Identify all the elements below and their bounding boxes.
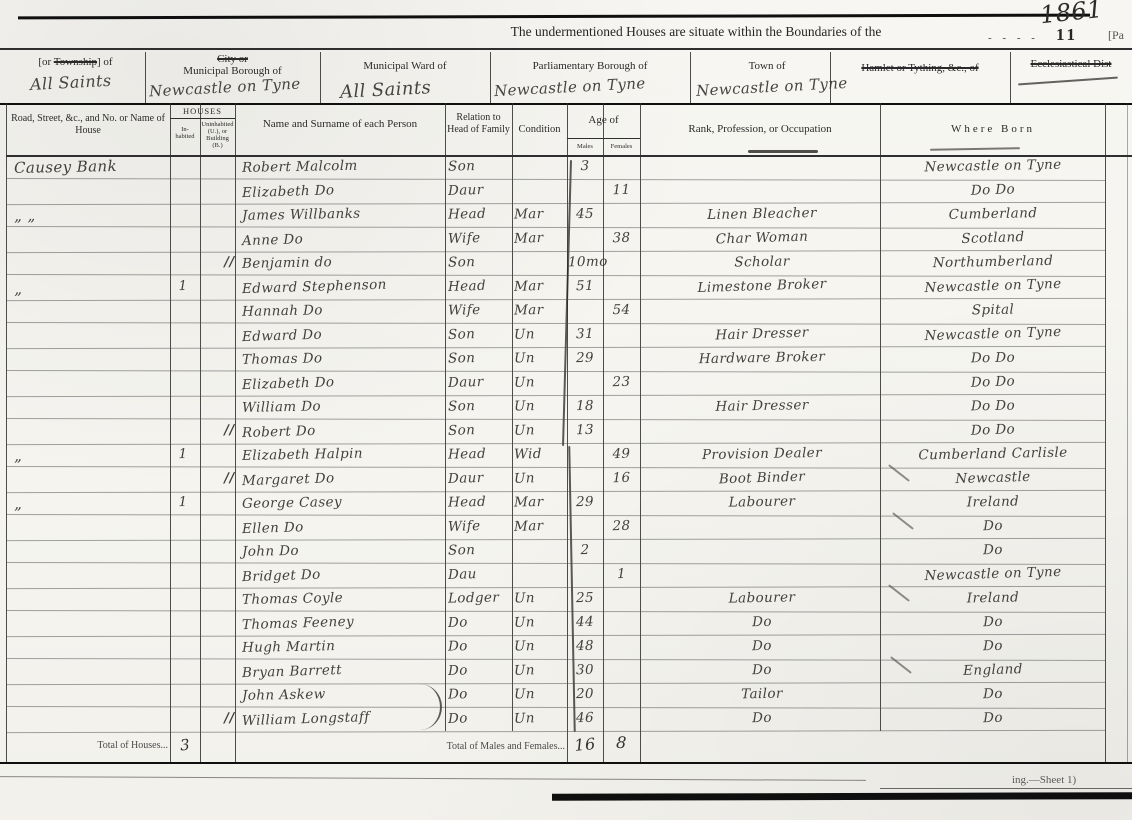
- header-condition: Condition: [512, 124, 567, 135]
- district-parliamentary-value: Newcastle on Tyne: [494, 72, 689, 100]
- cell-condition: Un: [514, 395, 566, 419]
- cell-condition: Mar: [514, 203, 566, 227]
- district-parliamentary: Parliamentary Borough of Newcastle on Ty…: [492, 60, 688, 95]
- census-sheet-scan: The undermentioned Houses are situate wi…: [0, 0, 1132, 820]
- header-age: Age of: [567, 114, 640, 126]
- cell-relation: Head: [448, 442, 510, 466]
- table-row: John Askew Do Un 20 Tailor Do: [0, 683, 1132, 707]
- table-row: „ „ James Willbanks Head Mar 45 Linen Bl…: [0, 203, 1132, 227]
- top-rule: [18, 14, 1090, 20]
- cell-relation: Son: [448, 538, 510, 562]
- cell-relation: Do: [448, 610, 511, 635]
- table-row: Anne Do Wife Mar 38 Char Woman Scotland: [0, 227, 1132, 251]
- total-males-value: 16: [566, 733, 604, 755]
- cell-age-female: 11: [604, 178, 640, 202]
- table-row: // Margaret Do Daur Un 16 Boot Binder Ne…: [0, 467, 1132, 491]
- table-row: „ 1 Elizabeth Halpin Head Wid 49 Provisi…: [0, 443, 1132, 467]
- header-females: Females: [603, 143, 640, 150]
- cell-address: Causey Bank: [14, 153, 214, 180]
- cell-age-male: 45: [568, 203, 602, 227]
- cell-age-female: [604, 155, 639, 156]
- table-row: Thomas Coyle Lodger Un 25 Labourer Irela…: [0, 587, 1132, 611]
- folio-number: 11: [1056, 25, 1078, 45]
- cell-relation: Do: [448, 658, 511, 683]
- cell-relation: Daur: [448, 178, 511, 203]
- cell-age-female: 49: [604, 443, 639, 467]
- total-mf-label: Total of Males and Females...: [360, 741, 565, 752]
- cell-name: William Longstaff: [242, 704, 443, 733]
- cell-occupation: [648, 153, 876, 157]
- table-row: John Do Son 2 Do: [0, 539, 1132, 563]
- cell-condition: Wid: [514, 443, 566, 467]
- table-row: Bridget Do Dau 1 Newcastle on Tyne: [0, 563, 1132, 587]
- sheet-note: ing.—Sheet 1): [1012, 774, 1076, 786]
- cell-age-male: 51: [568, 274, 603, 298]
- district-parish-value: All Saints: [30, 69, 146, 94]
- cell-relation: Son: [448, 418, 511, 443]
- cell-condition: Mar: [514, 514, 567, 539]
- header-name: Name and Surname of each Person: [245, 117, 435, 131]
- table-row: Hugh Martin Do Un 48 Do Do: [0, 635, 1132, 659]
- total-houses-label: Total of Houses...: [30, 740, 168, 751]
- cell-occupation: Hardware Broker: [648, 345, 876, 372]
- pen-dash: [748, 150, 818, 153]
- dash-marks: - - - -: [988, 32, 1039, 44]
- cell-address: „ „: [14, 201, 214, 228]
- cell-occupation: Labourer: [648, 489, 876, 516]
- page-title: The undermentioned Houses are situate wi…: [372, 24, 1020, 40]
- cell-relation: Wife: [448, 514, 511, 539]
- bottom-heavy-bar: [552, 792, 1132, 801]
- cell-relation: Do: [448, 682, 510, 706]
- district-parish: [or Township] of All Saints: [6, 56, 145, 91]
- district-ecclesiastical: Ecclesiastical Dist: [1012, 58, 1130, 70]
- total-houses-value: 3: [171, 735, 199, 756]
- cell-relation: Son: [448, 154, 510, 178]
- district-town-value: Newcastle on Tyne: [696, 74, 843, 100]
- table-row: William Do Son Un 18 Hair Dresser Do Do: [0, 395, 1132, 419]
- cell-age-male: 18: [568, 395, 602, 419]
- cell-condition: Un: [514, 466, 567, 491]
- cell-relation: Head: [448, 490, 510, 514]
- corner-partial-text: [Pa: [1108, 28, 1124, 43]
- cell-relation: Wife: [448, 226, 511, 251]
- total-females-value: 8: [603, 732, 641, 753]
- cell-relation: Son: [448, 394, 510, 418]
- cell-relation: Son: [448, 346, 510, 370]
- cell-age-male: 13: [568, 418, 603, 442]
- cell-house-mark: //: [224, 707, 241, 730]
- bottom-right-rule: [880, 788, 1132, 789]
- header-inhabited: In- habited: [171, 126, 199, 140]
- cell-relation: Son: [448, 322, 511, 347]
- cell-condition: Mar: [514, 274, 567, 299]
- bottom-thin-rule: [0, 776, 866, 781]
- table-row: // Robert Do Son Un 13 Do Do: [0, 419, 1132, 443]
- table-row: // William Longstaff Do Un 46 Do Do: [0, 707, 1132, 731]
- cell-age-male: 29: [568, 491, 602, 515]
- cell-house-mark: //: [224, 467, 241, 490]
- cell-relation: Head: [448, 202, 510, 226]
- cell-relation: Head: [448, 274, 511, 299]
- district-borough-value: Newcastle on Tyne: [149, 74, 319, 101]
- cell-condition: Un: [514, 418, 567, 443]
- cell-condition: Un: [514, 587, 566, 611]
- header-relation: Relation to Head of Family: [447, 112, 510, 136]
- cell-condition: Un: [514, 322, 567, 347]
- cell-condition: Un: [514, 706, 567, 731]
- header-houses: HOUSES: [170, 106, 235, 116]
- cell-relation: Daur: [448, 466, 511, 491]
- cell-houses-inhabited: 1: [168, 443, 198, 467]
- header-uninhabited: Uninhabited (U.), or Building (B.): [201, 121, 234, 149]
- cell-age-male: 29: [568, 347, 602, 371]
- cell-relation: Son: [448, 250, 510, 274]
- cell-age-male: 10mo: [568, 251, 602, 275]
- district-ward-value: All Saints: [340, 74, 489, 103]
- cell-age-female: 28: [604, 514, 640, 538]
- table-row: „ 1 George Casey Head Mar 29 Labourer Ir…: [0, 491, 1132, 515]
- title-rule: [0, 48, 1132, 50]
- header-occupation: Rank, Profession, or Occupation: [648, 123, 872, 135]
- cell-age-male: 31: [568, 322, 603, 346]
- cell-house-mark: //: [224, 419, 241, 442]
- cell-condition: Un: [514, 610, 567, 635]
- cell-relation: Dau: [448, 562, 511, 587]
- table-row: Causey Bank Robert Malcolm Son 3 Newcast…: [0, 155, 1132, 179]
- cell-condition: Mar: [514, 491, 566, 515]
- cell-condition: Un: [514, 347, 566, 371]
- cell-relation: Wife: [448, 298, 510, 322]
- cell-relation: Daur: [448, 370, 511, 395]
- cell-condition: [514, 155, 566, 156]
- cell-condition: Mar: [514, 299, 566, 323]
- cell-age-female: 16: [604, 466, 640, 490]
- district-hamlet: Hamlet or Tything, &c., of: [832, 62, 1008, 74]
- district-borough: City or Municipal Borough of Newcastle o…: [147, 53, 318, 96]
- header-born: Where Born: [884, 123, 1102, 135]
- cell-age-female: 38: [604, 226, 640, 250]
- cell-condition: Un: [514, 683, 566, 707]
- cell-age-female: 1: [604, 562, 640, 586]
- cell-houses-inhabited: 1: [168, 491, 198, 515]
- cell-relation: Lodger: [448, 586, 510, 610]
- cell-relation: Do: [448, 706, 511, 731]
- cell-age-male: 3: [568, 155, 602, 179]
- district-town: Town of Newcastle on Tyne: [692, 60, 842, 96]
- header-address: Road, Street, &c., and No. or Name of Ho…: [10, 113, 166, 137]
- cell-house-mark: //: [224, 251, 240, 274]
- cell-condition: Mar: [514, 226, 567, 251]
- cell-relation: Do: [448, 634, 510, 658]
- table-row: Elizabeth Do Daur 11 Do Do: [0, 179, 1132, 203]
- pen-dash-2: [930, 147, 1020, 151]
- cell-condition: Un: [514, 370, 567, 395]
- table-row: Thomas Feeney Do Un 44 Do Do: [0, 611, 1132, 635]
- cell-occupation: Hair Dresser: [648, 393, 876, 420]
- table-row: Bryan Barrett Do Un 30 Do England: [0, 659, 1132, 683]
- table-row: Ellen Do Wife Mar 28 Do: [0, 515, 1132, 539]
- pen-scrawl: [1018, 77, 1118, 86]
- cell-age-female: 54: [604, 299, 639, 323]
- cell-age-male: 2: [568, 539, 602, 563]
- cell-condition: Un: [514, 635, 566, 659]
- cell-age-female: 23: [604, 370, 640, 394]
- district-ward: Municipal Ward of All Saints: [322, 60, 488, 99]
- cell-condition: Un: [514, 658, 567, 683]
- cell-houses-inhabited: 1: [168, 275, 199, 299]
- header-males: Males: [567, 143, 603, 150]
